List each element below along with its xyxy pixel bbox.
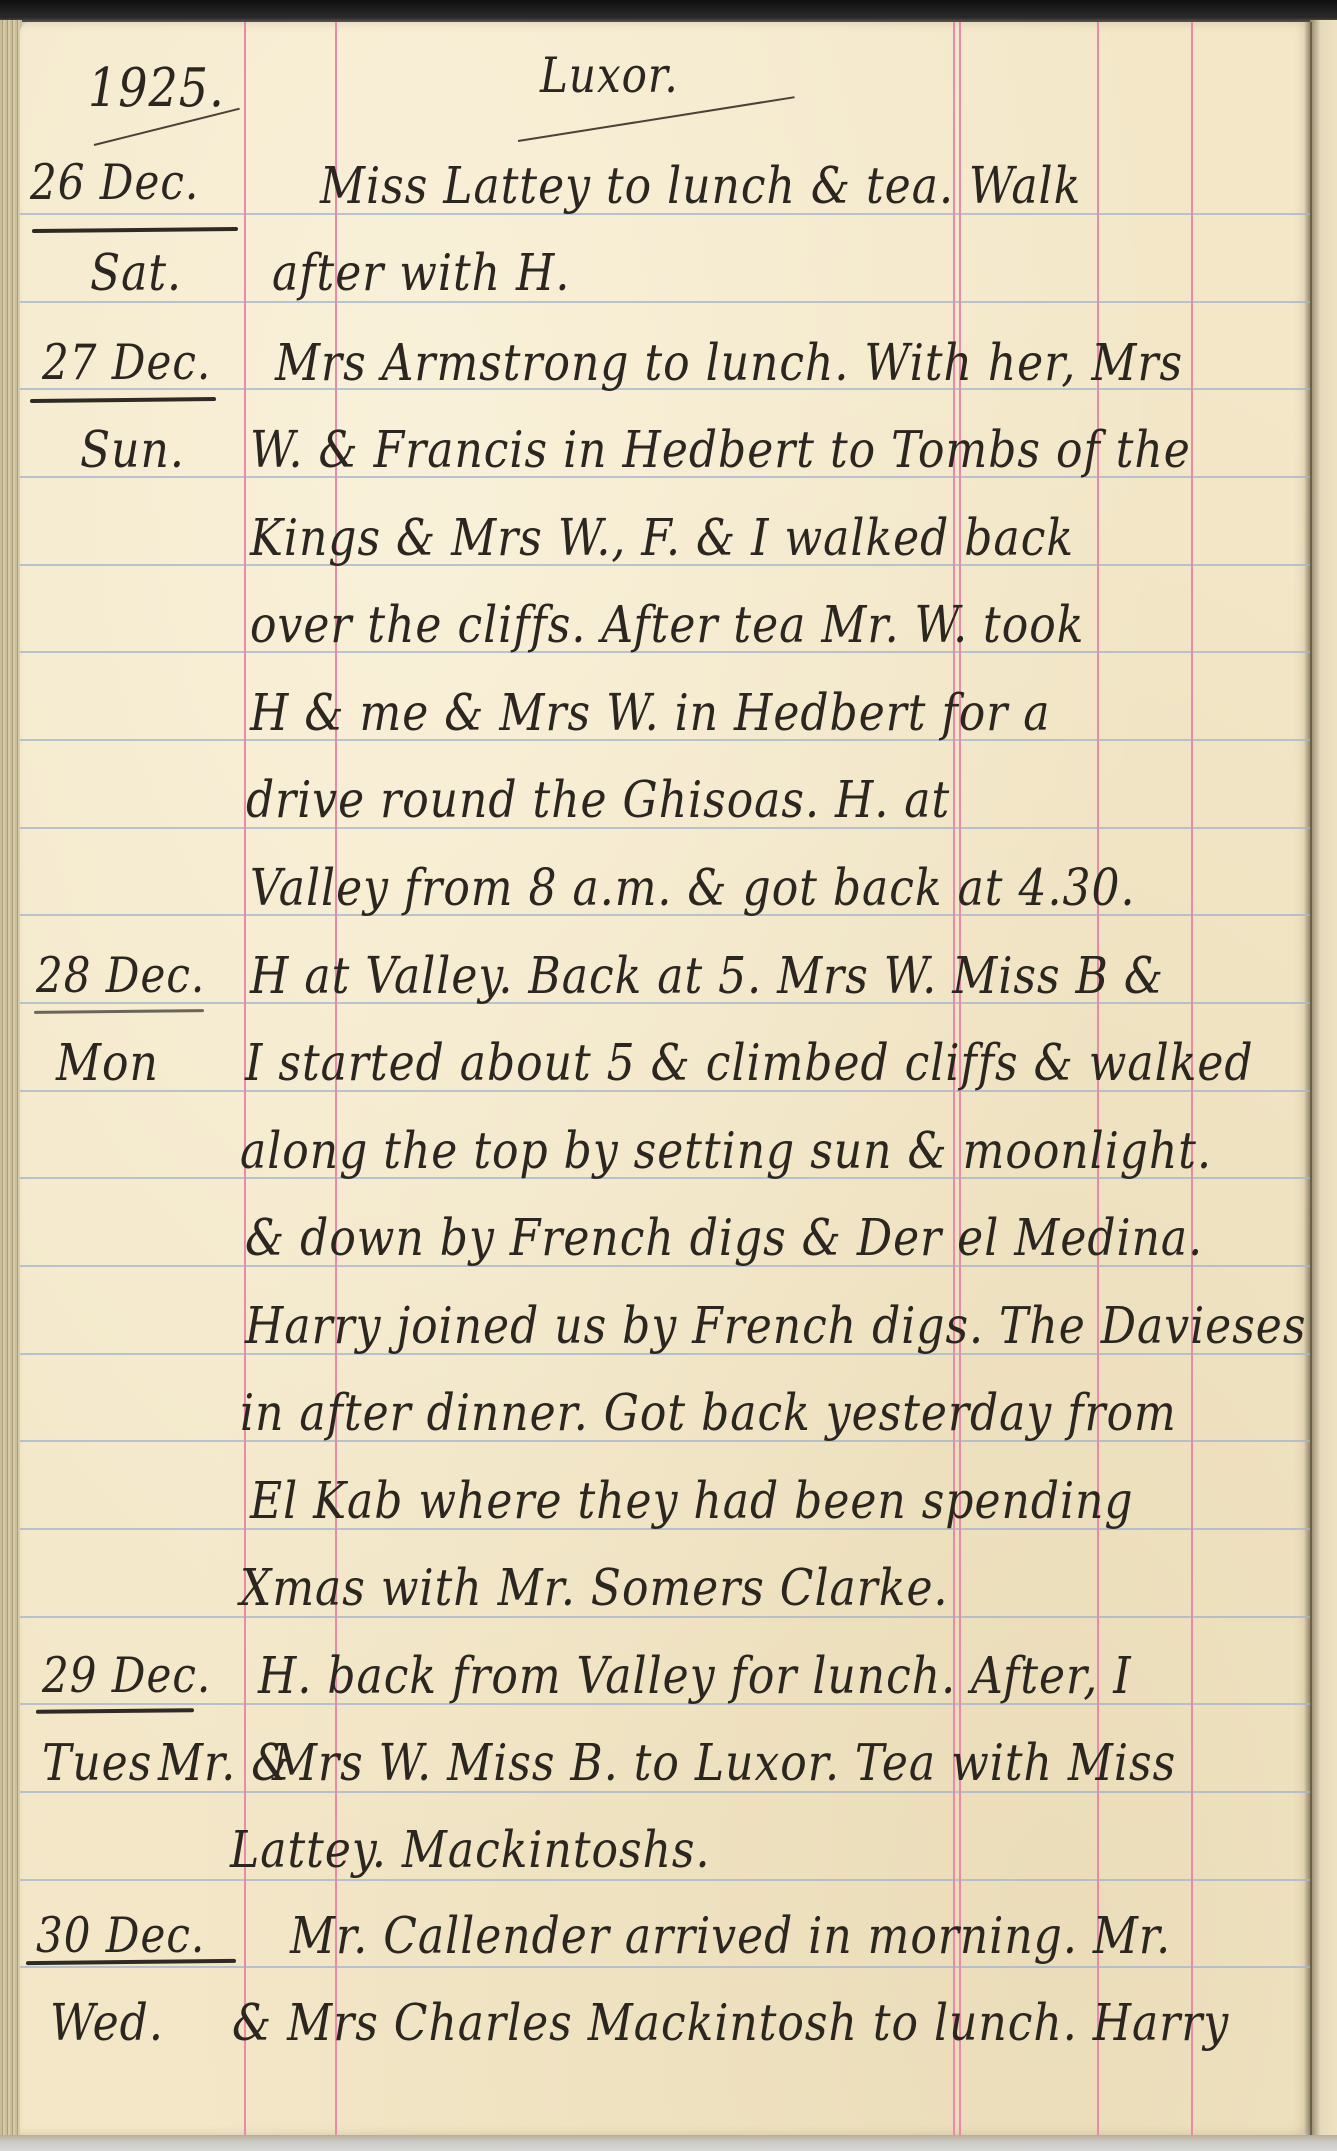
entry-line: drive round the Ghisoas. H. at (246, 775, 950, 826)
entry-date: 28 Dec. (36, 952, 205, 1000)
entry-line: H. back from Valley for lunch. After, I (258, 1651, 1132, 1702)
entry-date: 26 Dec. (30, 159, 199, 207)
entry-day: Sat. (90, 248, 182, 299)
entry-line: H at Valley. Back at 5. Mrs W. Miss B & (250, 951, 1164, 1002)
place-heading: Luxor. (540, 52, 679, 100)
entry-line: & down by French digs & Der el Medina. (245, 1213, 1203, 1264)
entry-line: & Mrs Charles Mackintosh to lunch. Harry (232, 1998, 1229, 2049)
entry-line: after with H. (272, 248, 570, 299)
ruled-line (20, 301, 1310, 303)
year-heading: 1925. (88, 61, 225, 114)
adjacent-page-edge (1310, 20, 1337, 2138)
entry-date: 29 Dec. (42, 1652, 211, 1700)
entry-line: W. & Francis in Hedbert to Tombs of the (250, 425, 1191, 476)
entry-line: Kings & Mrs W., F. & I walked back (250, 513, 1074, 564)
entry-date: 27 Dec. (42, 339, 211, 387)
entry-day: Wed. (50, 1998, 164, 2049)
entry-day: Tues (42, 1738, 152, 1789)
book-binding-top (0, 0, 1337, 22)
entry-line: Xmas with Mr. Somers Clarke. (240, 1563, 949, 1614)
entry-line: I started about 5 & climbed cliffs & wal… (245, 1038, 1254, 1089)
entry-line: along the top by setting sun & moonlight… (240, 1126, 1212, 1177)
entry-line: over the cliffs. After tea Mr. W. took (250, 600, 1084, 651)
entry-line: Mrs W. Miss B. to Luxor. Tea with Miss (272, 1738, 1176, 1789)
entry-line: Mr. Callender arrived in morning. Mr. (290, 1911, 1171, 1962)
entry-date: 30 Dec. (36, 1912, 205, 1960)
ruled-line (20, 1966, 1310, 1968)
entry-line: Mrs Armstrong to lunch. With her, Mrs (275, 338, 1183, 389)
entry-day: Sun. (80, 425, 185, 476)
entry-day: Mon (56, 1038, 159, 1089)
entry-line: Miss Lattey to lunch & tea. Walk (320, 161, 1081, 212)
page-bottom-edge (0, 2135, 1337, 2151)
entry-line: H & me & Mrs W. in Hedbert for a (250, 688, 1050, 739)
entry-line: in after dinner. Got back yesterday from (240, 1388, 1177, 1439)
book-page-edges (0, 20, 22, 2138)
page-gutter-shadow (1304, 22, 1312, 2135)
entry-line: Lattey. Mackintoshs. (230, 1825, 711, 1876)
entry-line: Harry joined us by French digs. The Davi… (245, 1301, 1306, 1352)
entry-line: El Kab where they had been spending (250, 1476, 1134, 1527)
entry-line: Valley from 8 a.m. & got back at 4.30. (250, 863, 1135, 914)
